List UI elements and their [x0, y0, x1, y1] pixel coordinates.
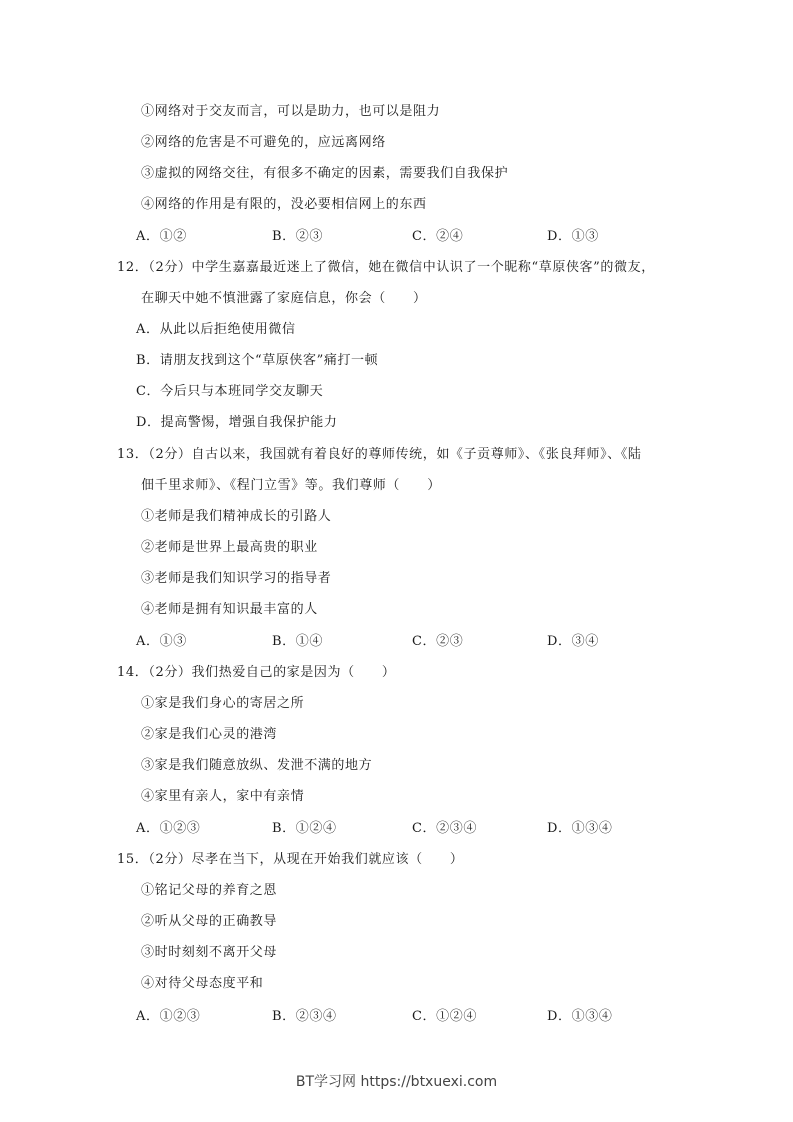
option-d: D．①③④ [547, 820, 612, 838]
option-d: D．③④ [547, 633, 599, 651]
option-d: D．①③ [547, 228, 599, 246]
statement: ③虚拟的网络交往，有很多不确定的因素，需要我们自我保护 [141, 165, 508, 183]
statement: ②听从父母的正确教导 [141, 913, 277, 931]
statement: ②老师是世界上最高贵的职业 [141, 539, 318, 557]
option-d: D．提高警惕，增强自我保护能力 [136, 414, 337, 432]
question-stem: 14．（2分）我们热爱自己的家是因为（ ） [117, 664, 396, 682]
statement: ④老师是拥有知识最丰富的人 [141, 601, 318, 619]
option-a: A．①②③ [136, 820, 200, 838]
question-stem-continued: 佃千里求师》、《程门立雪》等。我们尊师（ ） [141, 477, 441, 495]
option-b: B．①④ [272, 633, 323, 651]
statement: ④网络的作用是有限的，没必要相信网上的东西 [141, 196, 427, 214]
option-a: A．①②③ [136, 1008, 200, 1026]
statement: ②网络的危害是不可避免的，应远离网络 [141, 134, 386, 152]
option-a: A．①② [136, 228, 187, 246]
statement: ④家里有亲人，家中有亲情 [141, 788, 304, 806]
question-stem: 13．（2分）自古以来，我国就有着良好的尊师传统，如《子贡尊师》、《张良拜师》、… [117, 446, 642, 464]
exam-page: ①网络对于交友而言，可以是助力，也可以是阻力 ②网络的危害是不可避免的，应远离网… [0, 0, 793, 1122]
option-c: C．②④ [412, 228, 463, 246]
option-c: C．①②④ [412, 1008, 477, 1026]
statement: ③老师是我们知识学习的指导者 [141, 570, 331, 588]
statement: ③时时刻刻不离开父母 [141, 944, 277, 962]
statement: ③家是我们随意放纵、发泄不满的地方 [141, 757, 372, 775]
answer-options: A．①② B．②③ C．②④ D．①③ [136, 228, 696, 246]
statement: ②家是我们心灵的港湾 [141, 726, 277, 744]
answer-options: A．①③ B．①④ C．②③ D．③④ [136, 633, 696, 651]
statement: ④对待父母态度平和 [141, 975, 263, 993]
option-b: B．①②④ [272, 820, 337, 838]
option-a: A．①③ [136, 633, 187, 651]
option-c: C．②③ [412, 633, 463, 651]
statement: ①家是我们身心的寄居之所 [141, 695, 304, 713]
option-a: A．从此以后拒绝使用微信 [136, 321, 296, 339]
footer-watermark: BT学习网 https://btxuexi.com [0, 1071, 793, 1091]
question-stem-continued: 在聊天中她不慎泄露了家庭信息，你会（ ） [141, 290, 427, 308]
option-b: B．请朋友找到这个“草原侠客”痛打一顿 [136, 352, 378, 370]
answer-options: A．①②③ B．②③④ C．①②④ D．①③④ [136, 1008, 696, 1026]
answer-options: A．①②③ B．①②④ C．②③④ D．①③④ [136, 820, 696, 838]
question-stem: 12．（2分）中学生嘉嘉最近迷上了微信，她在微信中认识了一个昵称“草原侠客”的微… [117, 259, 655, 277]
statement: ①网络对于交友而言，可以是助力，也可以是阻力 [141, 103, 440, 121]
question-stem: 15．（2分）尽孝在当下，从现在开始我们就应该（ ） [117, 851, 464, 869]
option-c: C．②③④ [412, 820, 477, 838]
option-b: B．②③ [272, 228, 323, 246]
statement: ①老师是我们精神成长的引路人 [141, 508, 331, 526]
option-d: D．①③④ [547, 1008, 612, 1026]
option-b: B．②③④ [272, 1008, 337, 1026]
statement: ①铭记父母的养育之恩 [141, 882, 277, 900]
option-c: C．今后只与本班同学交友聊天 [136, 383, 323, 401]
